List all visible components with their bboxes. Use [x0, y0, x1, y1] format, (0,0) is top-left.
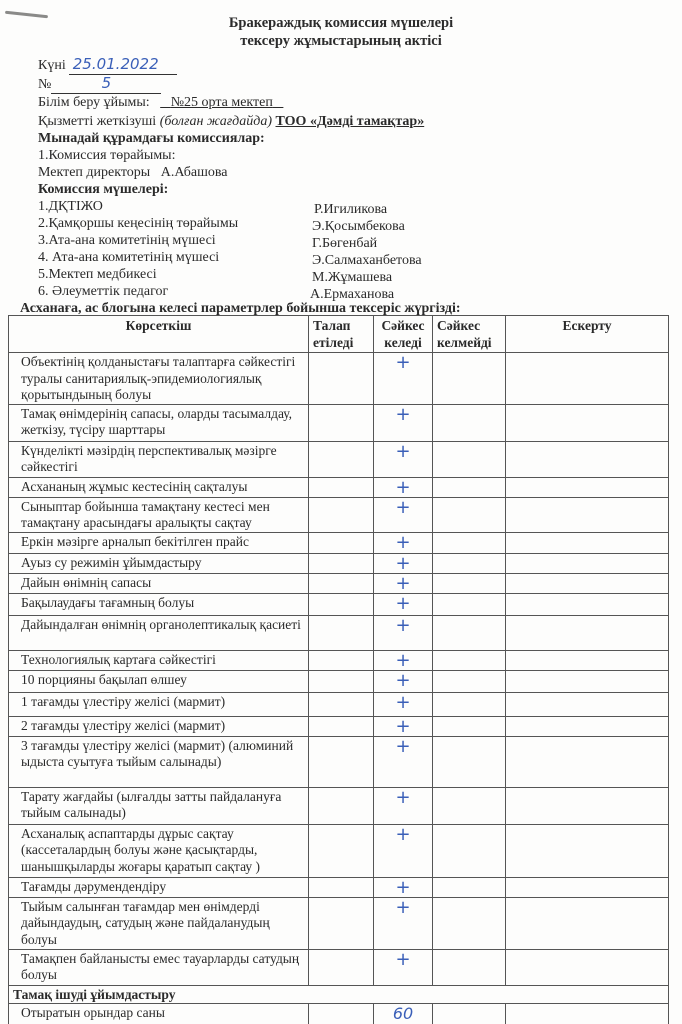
compliant-cell: + [374, 404, 433, 441]
required-cell [309, 532, 374, 553]
table-row: 10 порцияны бақылап өлшеу+ [9, 670, 669, 692]
indicator-cell: 3 тағамды үлестіру желісі (мармит) (алюм… [9, 736, 309, 787]
noncompliant-cell [433, 497, 506, 532]
header-compliant: Сәйкес келеді [374, 316, 433, 353]
required-cell [309, 650, 374, 670]
note-cell [506, 1004, 669, 1024]
required-cell [309, 824, 374, 877]
date-field: Күні 25.01.2022 [38, 56, 177, 75]
supplier-field: Қызметті жеткізуші (болған жағдайда) ТОО… [38, 113, 424, 130]
indicator-cell: Отыратын орындар саны [9, 1004, 309, 1024]
date-label: Күні [38, 58, 66, 73]
table-row: Ауыз су режимін ұйымдастыру+ [9, 553, 669, 573]
indicator-cell: Тамақ өнімдерінің сапасы, оларды тасымал… [9, 404, 309, 441]
noncompliant-cell [433, 692, 506, 716]
seating-count-cell: 60 [374, 1004, 433, 1024]
table-row: Тамақ өнімдерінің сапасы, оларды тасымал… [9, 404, 669, 441]
note-cell [506, 573, 669, 593]
compliant-cell: + [374, 824, 433, 877]
organization-value: №25 орта мектеп [160, 95, 283, 110]
header-indicator: Көрсеткіш [9, 316, 309, 353]
required-cell [309, 1004, 374, 1024]
compliant-cell: + [374, 949, 433, 985]
indicator-cell: Күнделікті мәзірдің перспективалық мәзір… [9, 441, 309, 477]
member-role: 6. Әлеуметтік педагог [38, 283, 168, 300]
table-row: Дайын өнімнің сапасы+ [9, 573, 669, 593]
member-role: 5.Мектеп медбикесі [38, 266, 157, 283]
member-name: Р.Игиликова [314, 201, 387, 218]
noncompliant-cell [433, 1004, 506, 1024]
indicator-cell: Технологиялық картаға сәйкестігі [9, 650, 309, 670]
note-cell [506, 897, 669, 949]
scanned-document-page: Бракераждық комиссия мүшелері тексеру жұ… [0, 0, 682, 1024]
noncompliant-cell [433, 615, 506, 650]
noncompliant-cell [433, 670, 506, 692]
indicator-cell: Бақылаудағы тағамның болуы [9, 593, 309, 615]
note-cell [506, 736, 669, 787]
noncompliant-cell [433, 716, 506, 736]
compliant-cell: + [374, 593, 433, 615]
required-cell [309, 736, 374, 787]
member-name: Г.Бөгенбай [312, 235, 377, 252]
required-cell [309, 897, 374, 949]
member-role: 4. Ата-ана комитетінің мүшесі [38, 249, 219, 266]
required-cell [309, 692, 374, 716]
note-cell [506, 650, 669, 670]
chair-heading: 1.Комиссия төрайымы: [38, 147, 175, 164]
table-row: Асхананың жұмыс кестесінің сақталуы+ [9, 477, 669, 497]
note-cell [506, 353, 669, 405]
note-cell [506, 615, 669, 650]
required-cell [309, 615, 374, 650]
required-cell [309, 949, 374, 985]
organization-field: Білім беру ұйымы: №25 орта мектеп [38, 94, 283, 111]
compliant-cell: + [374, 497, 433, 532]
compliant-cell: + [374, 532, 433, 553]
note-cell [506, 404, 669, 441]
table-row: Еркін мәзірге арналып бекітілген прайс+ [9, 532, 669, 553]
required-cell [309, 477, 374, 497]
title-line-2: тексеру жұмыстарының актісі [0, 32, 682, 50]
note-cell [506, 877, 669, 897]
noncompliant-cell [433, 949, 506, 985]
compliant-cell: + [374, 573, 433, 593]
indicator-cell: Тарату жағдайы (ылғалды затты пайдалануғ… [9, 787, 309, 824]
noncompliant-cell [433, 897, 506, 949]
section-row: Тамақ ішуді ұйымдастыру [9, 985, 669, 1004]
chair-role: Мектеп директоры [38, 165, 150, 180]
table-row: Күнделікті мәзірдің перспективалық мәзір… [9, 441, 669, 477]
compliant-cell: + [374, 716, 433, 736]
note-cell [506, 692, 669, 716]
noncompliant-cell [433, 477, 506, 497]
noncompliant-cell [433, 787, 506, 824]
noncompliant-cell [433, 736, 506, 787]
noncompliant-cell [433, 441, 506, 477]
required-cell [309, 716, 374, 736]
note-cell [506, 497, 669, 532]
required-cell [309, 553, 374, 573]
header-required: Талап етіледі [309, 316, 374, 353]
compliant-cell: + [374, 897, 433, 949]
indicator-cell: Тыйым салынған тағамдар мен өнімдерді да… [9, 897, 309, 949]
required-cell [309, 877, 374, 897]
chair-name: А.Абашова [161, 165, 228, 180]
required-cell [309, 670, 374, 692]
compliant-cell: + [374, 553, 433, 573]
indicator-cell: 1 тағамды үлестіру желісі (мармит) [9, 692, 309, 716]
compliant-cell: + [374, 477, 433, 497]
compliant-cell: + [374, 787, 433, 824]
members-heading: Комиссия мүшелері: [38, 181, 168, 198]
note-cell [506, 553, 669, 573]
note-cell [506, 670, 669, 692]
header-note: Ескерту [506, 316, 669, 353]
noncompliant-cell [433, 650, 506, 670]
indicator-cell: Сыныптар бойынша тамақтану кестесі мен т… [9, 497, 309, 532]
noncompliant-cell [433, 532, 506, 553]
noncompliant-cell [433, 573, 506, 593]
member-role: 2.Қамқоршы кеңесінің төрайымы [38, 215, 238, 232]
indicator-cell: 10 порцияны бақылап өлшеу [9, 670, 309, 692]
table-row: Асханалық аспаптарды дұрыс сақтау (кассе… [9, 824, 669, 877]
table-row: 1 тағамды үлестіру желісі (мармит)+ [9, 692, 669, 716]
compliant-cell: + [374, 650, 433, 670]
note-cell [506, 949, 669, 985]
organization-label: Білім беру ұйымы: [38, 95, 150, 110]
member-role: 3.Ата-ана комитетінің мүшесі [38, 232, 216, 249]
required-cell [309, 593, 374, 615]
member-name: Э.Салмаханбетова [312, 252, 422, 269]
table-header-row: Көрсеткіш Талап етіледі Сәйкес келеді Сә… [9, 316, 669, 353]
noncompliant-cell [433, 593, 506, 615]
note-cell [506, 716, 669, 736]
number-label: № [38, 77, 51, 92]
date-value: 25.01.2022 [73, 55, 159, 73]
table-row: Объектінің қолданыстағы талаптарға сәйке… [9, 353, 669, 405]
indicator-cell: Асхананың жұмыс кестесінің сақталуы [9, 477, 309, 497]
table-row: Дайындалған өнімнің органолептикалық қас… [9, 615, 669, 650]
noncompliant-cell [433, 824, 506, 877]
indicator-cell: Дайындалған өнімнің органолептикалық қас… [9, 615, 309, 650]
required-cell [309, 787, 374, 824]
indicator-cell: Дайын өнімнің сапасы [9, 573, 309, 593]
chair-line: Мектеп директоры А.Абашова [38, 164, 228, 181]
table-row: Тағамды дәрумендендіру+ [9, 877, 669, 897]
noncompliant-cell [433, 404, 506, 441]
indicator-cell: Тағамды дәрумендендіру [9, 877, 309, 897]
table-row: Тарату жағдайы (ылғалды затты пайдалануғ… [9, 787, 669, 824]
member-name: М.Жұмашева [312, 269, 392, 286]
required-cell [309, 573, 374, 593]
note-cell [506, 593, 669, 615]
supplier-note: (болған жағдайда) [160, 114, 272, 129]
note-cell [506, 787, 669, 824]
table-row: Тыйым салынған тағамдар мен өнімдерді да… [9, 897, 669, 949]
commission-heading: Мынадай құрамдағы комиссиялар: [38, 130, 265, 147]
table-row: Сыныптар бойынша тамақтану кестесі мен т… [9, 497, 669, 532]
required-cell [309, 441, 374, 477]
required-cell [309, 404, 374, 441]
table-row: Тамақпен байланысты емес тауарларды сату… [9, 949, 669, 985]
supplier-label: Қызметті жеткізуші [38, 114, 156, 129]
compliant-cell: + [374, 353, 433, 405]
number-field: №5 [38, 75, 161, 94]
note-cell [506, 441, 669, 477]
compliant-cell: + [374, 877, 433, 897]
required-cell [309, 353, 374, 405]
title-line-1: Бракераждық комиссия мүшелері [0, 14, 682, 32]
number-value: 5 [102, 74, 112, 92]
indicator-cell: Объектінің қолданыстағы талаптарға сәйке… [9, 353, 309, 405]
note-cell [506, 477, 669, 497]
note-cell [506, 824, 669, 877]
compliant-cell: + [374, 441, 433, 477]
member-role: 1.ДҚТІЖО [38, 198, 103, 215]
compliant-cell: + [374, 692, 433, 716]
table-row: Технологиялық картаға сәйкестігі+ [9, 650, 669, 670]
noncompliant-cell [433, 353, 506, 405]
inspection-table: Көрсеткіш Талап етіледі Сәйкес келеді Сә… [8, 315, 669, 1024]
compliant-cell: + [374, 670, 433, 692]
required-cell [309, 497, 374, 532]
header-noncompliant: Сәйкес келмейді [433, 316, 506, 353]
document-title: Бракераждық комиссия мүшелері тексеру жұ… [0, 14, 682, 50]
table-row: 2 тағамды үлестіру желісі (мармит)+ [9, 716, 669, 736]
section-heading: Тамақ ішуді ұйымдастыру [9, 985, 669, 1004]
compliant-cell: + [374, 736, 433, 787]
seating-row: Отыратын орындар саны60 [9, 1004, 669, 1024]
indicator-cell: Ауыз су режимін ұйымдастыру [9, 553, 309, 573]
member-name: Э.Қосымбекова [312, 218, 405, 235]
indicator-cell: Еркін мәзірге арналып бекітілген прайс [9, 532, 309, 553]
table-row: 3 тағамды үлестіру желісі (мармит) (алюм… [9, 736, 669, 787]
compliant-cell: + [374, 615, 433, 650]
noncompliant-cell [433, 877, 506, 897]
note-cell [506, 532, 669, 553]
supplier-value: ТОО «Дәмді тамақтар» [276, 114, 425, 129]
table-row: Бақылаудағы тағамның болуы+ [9, 593, 669, 615]
indicator-cell: 2 тағамды үлестіру желісі (мармит) [9, 716, 309, 736]
indicator-cell: Тамақпен байланысты емес тауарларды сату… [9, 949, 309, 985]
indicator-cell: Асханалық аспаптарды дұрыс сақтау (кассе… [9, 824, 309, 877]
noncompliant-cell [433, 553, 506, 573]
